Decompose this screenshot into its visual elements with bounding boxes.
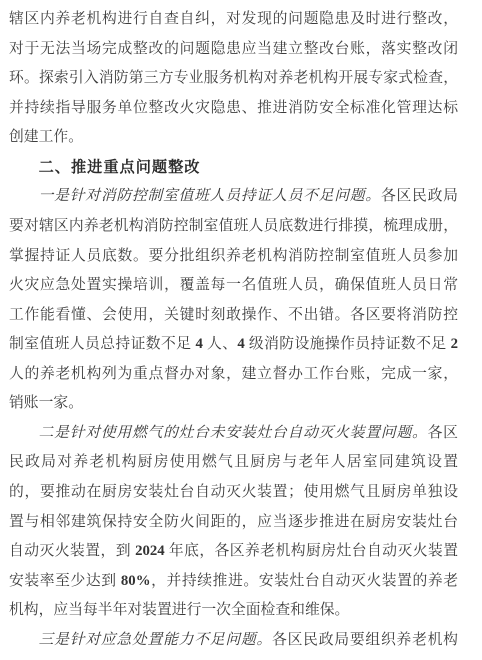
text-line-1: 辖区内养老机构进行自查自纠，对发现的问题隐患及时进行整改，: [9, 5, 458, 35]
text-line-14: 销账一家。: [9, 389, 458, 419]
text-segment-num: 80%: [121, 573, 151, 589]
text-segment-song: 销账一家。: [9, 395, 83, 411]
text-segment-song: 掌握持证人员底数。要分批组织养老机构消防控制室值班人员参加: [9, 248, 458, 264]
text-segment-kai: 二是针对使用燃气的灶台未安装灶台自动灭火装置问题。: [39, 425, 428, 441]
text-line-11: 工作能看懂、会使用，关键时刻敢操作、不出错。各区要将消防控: [9, 301, 458, 331]
text-line-3: 环。探索引入消防第三方专业服务机构对养老机构开展专家式检查，: [9, 64, 458, 94]
text-segment-song: 机构，应当每半年对装置进行一次全面检查和维保。: [9, 602, 349, 618]
text-segment-song: 各区: [428, 425, 458, 441]
text-segment-num: 4: [196, 336, 203, 352]
text-line-16: 民政局对养老机构厨房使用燃气且厨房与老年人居室同建筑设置: [9, 448, 458, 478]
text-line-17: 的，要推动在厨房安装灶台自动灭火装置；使用燃气且厨房单独设: [9, 478, 458, 508]
text-segment-song: 环。探索引入消防第三方专业服务机构对养老机构开展专家式检查，: [9, 70, 458, 86]
text-line-18: 置与相邻建筑保持安全防火间距的，应当逐步推进在厨房安装灶台: [9, 508, 458, 538]
text-line-10: 火灾应急处置实操培训，覆盖每一名值班人员，确保值班人员日常: [9, 271, 458, 301]
text-segment-song: 的，要推动在厨房安装灶台自动灭火装置；使用燃气且厨房单独设: [9, 484, 458, 500]
text-line-20: 安装率至少达到 80%，并持续推进。安装灶台自动灭火装置的养老: [9, 567, 458, 597]
text-line-4: 并持续指导服务单位整改火灾隐患、推进消防安全标准化管理达标: [9, 94, 458, 124]
text-segment-song: 民政局对养老机构厨房使用燃气且厨房与老年人居室同建筑设置: [9, 454, 458, 470]
text-segment-kai: 一是针对消防控制室值班人员持证人员不足问题。: [39, 188, 381, 204]
text-line-15: 二是针对使用燃气的灶台未安装灶台自动灭火装置问题。各区: [9, 419, 458, 449]
text-segment-song: 各区民政局要组织养老机构: [272, 632, 458, 648]
text-segment-hei: 二、推进重点问题整改: [39, 159, 201, 176]
text-segment-num: 2: [451, 336, 458, 352]
text-segment-song: 自动灭火装置，到: [9, 543, 135, 559]
text-segment-song: ，并持续推进。安装灶台自动灭火装置的养老: [151, 573, 459, 589]
document-body: 辖区内养老机构进行自查自纠，对发现的问题隐患及时进行整改，对于无法当场完成整改的…: [9, 5, 458, 655]
text-segment-song: 制室值班人员总持证数不足: [9, 336, 196, 352]
text-segment-song: 置与相邻建筑保持安全防火间距的，应当逐步推进在厨房安装灶台: [9, 514, 458, 530]
text-line-5: 创建工作。: [9, 123, 458, 153]
section-heading: 二、推进重点问题整改: [9, 153, 458, 183]
text-segment-song: 年底，各区养老机构厨房灶台自动灭火装置: [165, 543, 458, 559]
text-line-22: 三是针对应急处置能力不足问题。各区民政局要组织养老机构: [9, 626, 458, 656]
text-line-12: 制室值班人员总持证数不足 4 人、4 级消防设施操作员持证数不足 2: [9, 330, 458, 360]
text-segment-kai: 三是针对应急处置能力不足问题。: [39, 632, 272, 648]
text-segment-song: 要对辖区内养老机构消防控制室值班人员底数进行排摸，梳理成册，: [9, 218, 458, 234]
text-segment-song: 安装率至少达到: [9, 573, 121, 589]
text-segment-song: 人的养老机构列为重点督办对象，建立督办工作台账，完成一家，: [9, 366, 458, 382]
text-line-2: 对于无法当场完成整改的问题隐患应当建立整改台账，落实整改闭: [9, 35, 458, 65]
text-segment-song: 并持续指导服务单位整改火灾隐患、推进消防安全标准化管理达标: [9, 100, 458, 116]
document-page: 辖区内养老机构进行自查自纠，对发现的问题隐患及时进行整改，对于无法当场完成整改的…: [0, 0, 482, 660]
text-line-13: 人的养老机构列为重点督办对象，建立督办工作台账，完成一家，: [9, 360, 458, 390]
text-segment-song: 对于无法当场完成整改的问题隐患应当建立整改台账，落实整改闭: [9, 41, 458, 57]
text-segment-song: 火灾应急处置实操培训，覆盖每一名值班人员，确保值班人员日常: [9, 277, 458, 293]
text-segment-song: 级消防设施操作员持证数不足: [245, 336, 451, 352]
text-segment-song: 辖区内养老机构进行自查自纠，对发现的问题隐患及时进行整改，: [9, 11, 458, 27]
text-segment-num: 2024: [135, 543, 165, 559]
text-line-9: 掌握持证人员底数。要分批组织养老机构消防控制室值班人员参加: [9, 242, 458, 272]
text-line-21: 机构，应当每半年对装置进行一次全面检查和维保。: [9, 596, 458, 626]
text-segment-song: 各区民政局: [381, 188, 458, 204]
text-line-19: 自动灭火装置，到 2024 年底，各区养老机构厨房灶台自动灭火装置: [9, 537, 458, 567]
text-segment-song: 工作能看懂、会使用，关键时刻敢操作、不出错。各区要将消防控: [9, 307, 458, 323]
text-line-8: 要对辖区内养老机构消防控制室值班人员底数进行排摸，梳理成册，: [9, 212, 458, 242]
text-segment-song: 创建工作。: [9, 129, 83, 145]
text-line-7: 一是针对消防控制室值班人员持证人员不足问题。各区民政局: [9, 182, 458, 212]
text-segment-song: 人、: [203, 336, 238, 352]
text-segment-num: 4: [237, 336, 244, 352]
